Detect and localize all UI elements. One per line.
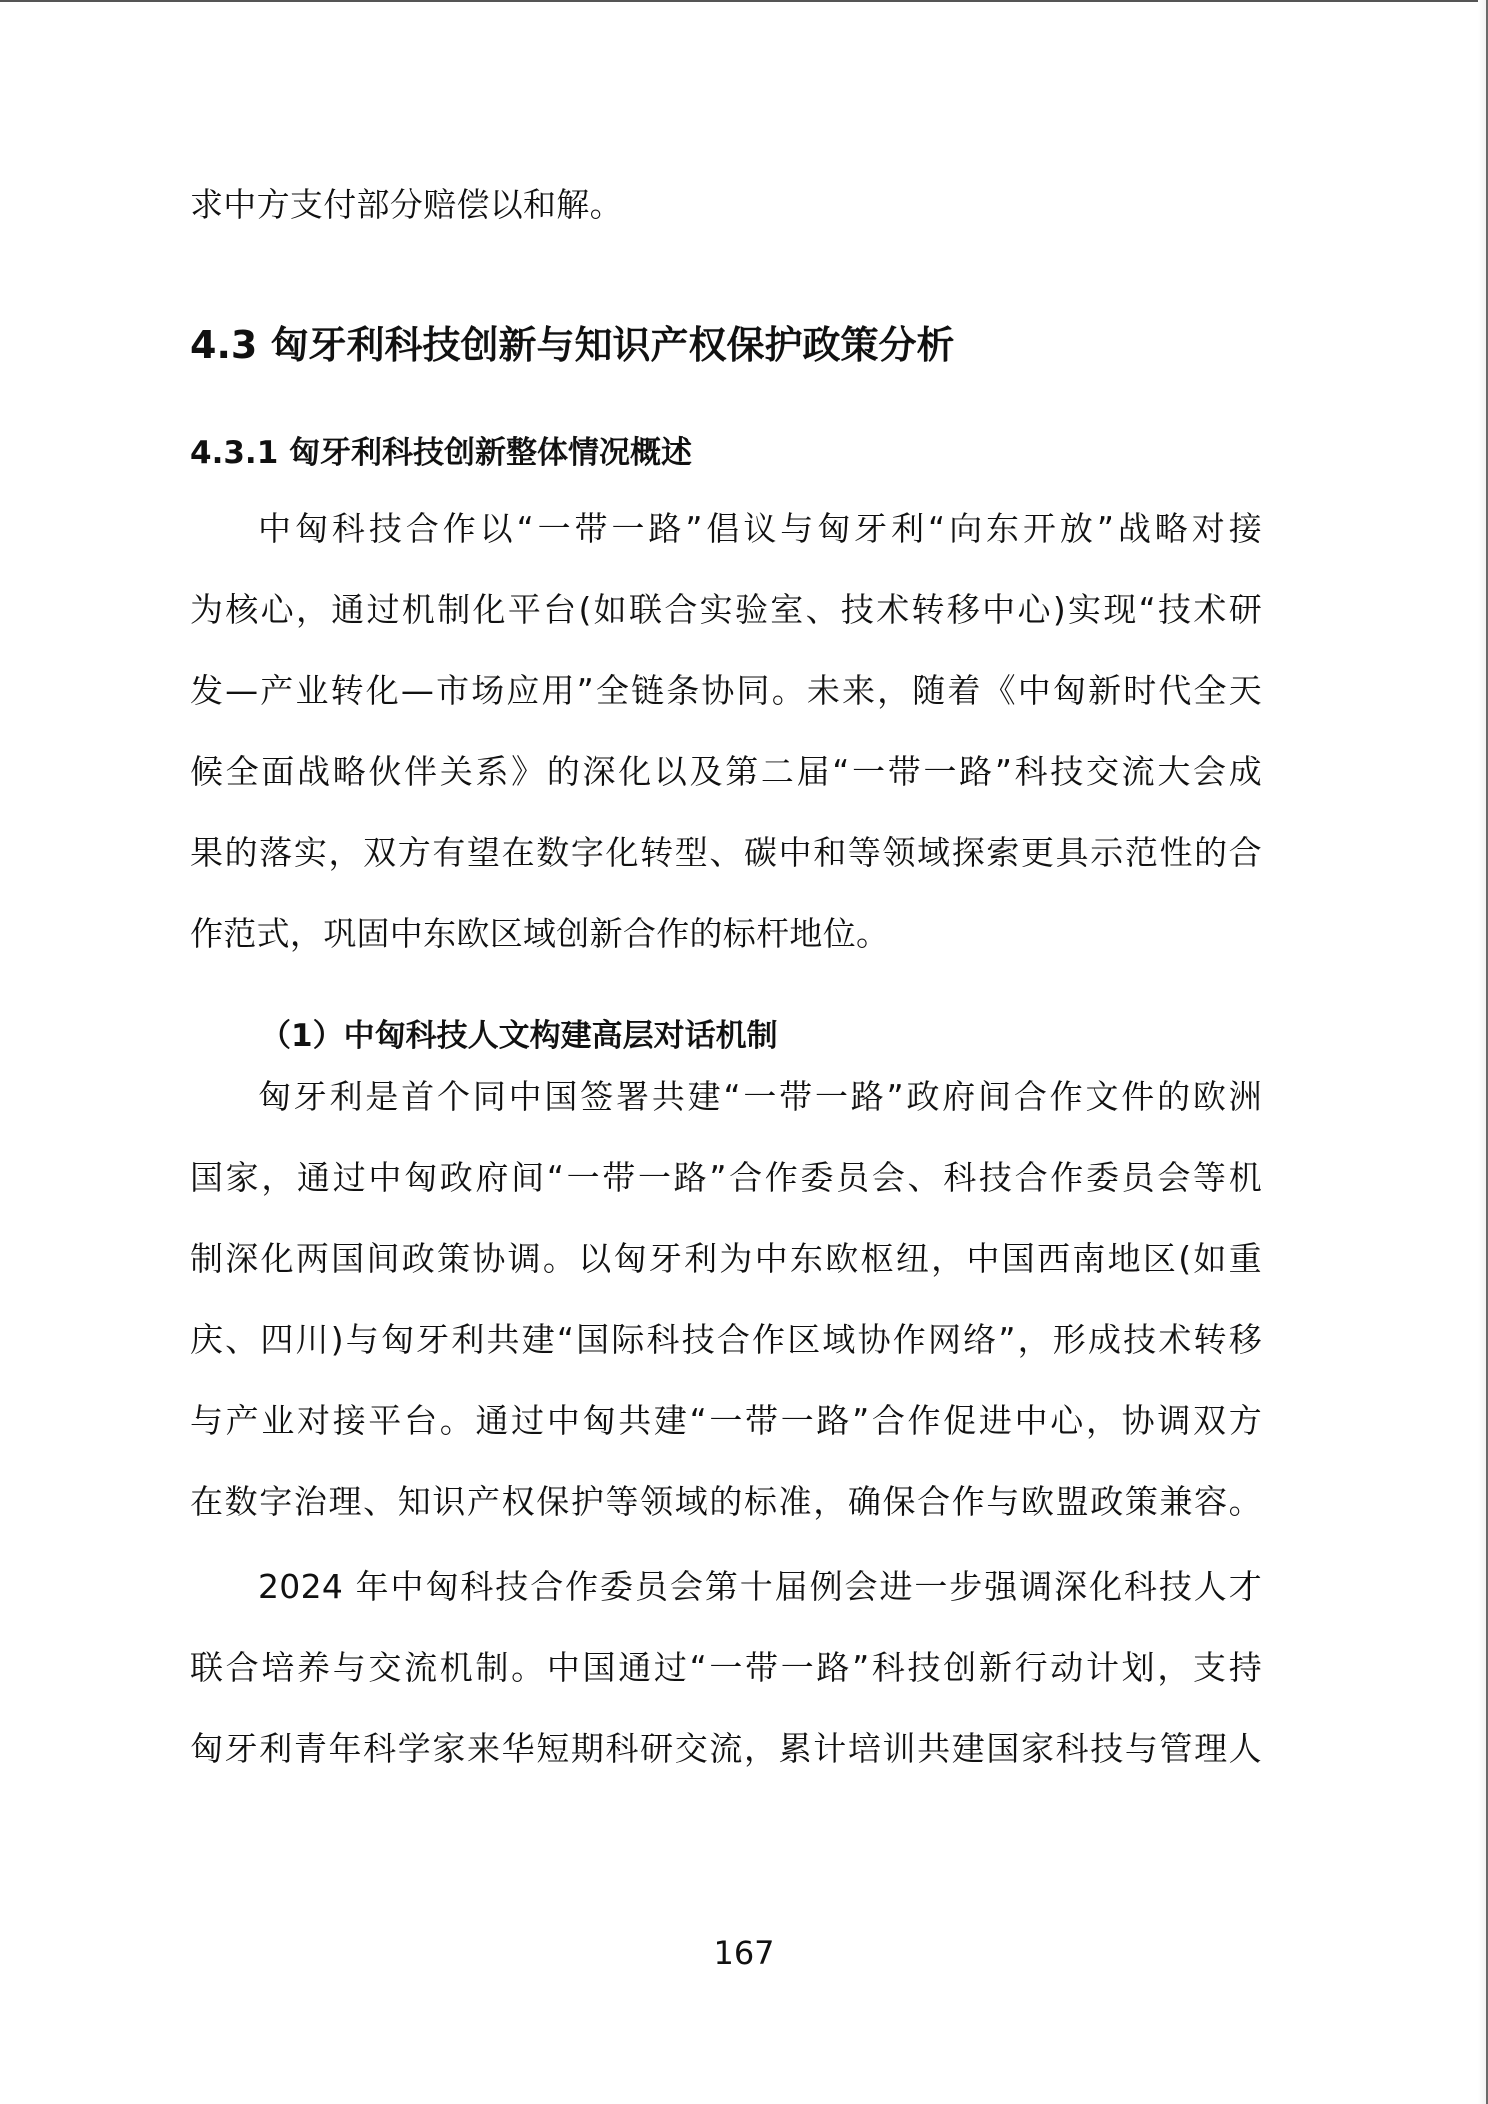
paragraph-line: 在数字治理、知识产权保护等领域的标准，确保合作与欧盟政策兼容。: [190, 1482, 1262, 1522]
paragraph-line: 发—产业转化—市场应用”全链条协同。未来，随着《中匈新时代全天: [190, 671, 1262, 711]
paragraph-line: 制深化两国间政策协调。以匈牙利为中东欧枢纽，中国西南地区(如重: [190, 1239, 1262, 1279]
section-heading: 4.3 匈牙利科技创新与知识产权保护政策分析: [190, 322, 955, 368]
paragraph-line: 匈牙利是首个同中国签署共建“一带一路”政府间合作文件的欧洲: [190, 1077, 1262, 1117]
paragraph-line: 国家，通过中匈政府间“一带一路”合作委员会、科技合作委员会等机: [190, 1158, 1262, 1198]
page-number: 167: [0, 1933, 1488, 1973]
page-edge-shadow: [1478, 0, 1486, 2104]
paragraph-line: 作范式，巩固中东欧区域创新合作的标杆地位。: [190, 914, 1262, 954]
paragraph-line: 2024 年中匈科技合作委员会第十届例会进一步强调深化科技人才: [190, 1567, 1262, 1607]
paragraph-line: 为核心，通过机制化平台(如联合实验室、技术转移中心)实现“技术研: [190, 590, 1262, 630]
paragraph-line: 庆、四川)与匈牙利共建“国际科技合作区域协作网络”，形成技术转移: [190, 1320, 1262, 1360]
subsection-heading: 4.3.1 匈牙利科技创新整体情况概述: [190, 433, 692, 473]
page-top-border: [0, 0, 1488, 2]
paragraph-line: 联合培养与交流机制。中国通过“一带一路”科技创新行动计划，支持: [190, 1648, 1262, 1688]
continuation-line: 求中方支付部分赔偿以和解。: [190, 185, 1262, 225]
paragraph-line: 果的落实，双方有望在数字化转型、碳中和等领域探索更具示范性的合: [190, 833, 1262, 873]
paragraph-line: 候全面战略伙伴关系》的深化以及第二届“一带一路”科技交流大会成: [190, 752, 1262, 792]
paragraph-line: 匈牙利青年科学家来华短期科研交流，累计培训共建国家科技与管理人: [190, 1729, 1262, 1769]
paragraph-line: 与产业对接平台。通过中匈共建“一带一路”合作促进中心，协调双方: [190, 1401, 1262, 1441]
item-heading: （1）中匈科技人文构建高层对话机制: [260, 1016, 778, 1056]
paragraph-line: 中匈科技合作以“一带一路”倡议与匈牙利“向东开放”战略对接: [190, 509, 1262, 549]
